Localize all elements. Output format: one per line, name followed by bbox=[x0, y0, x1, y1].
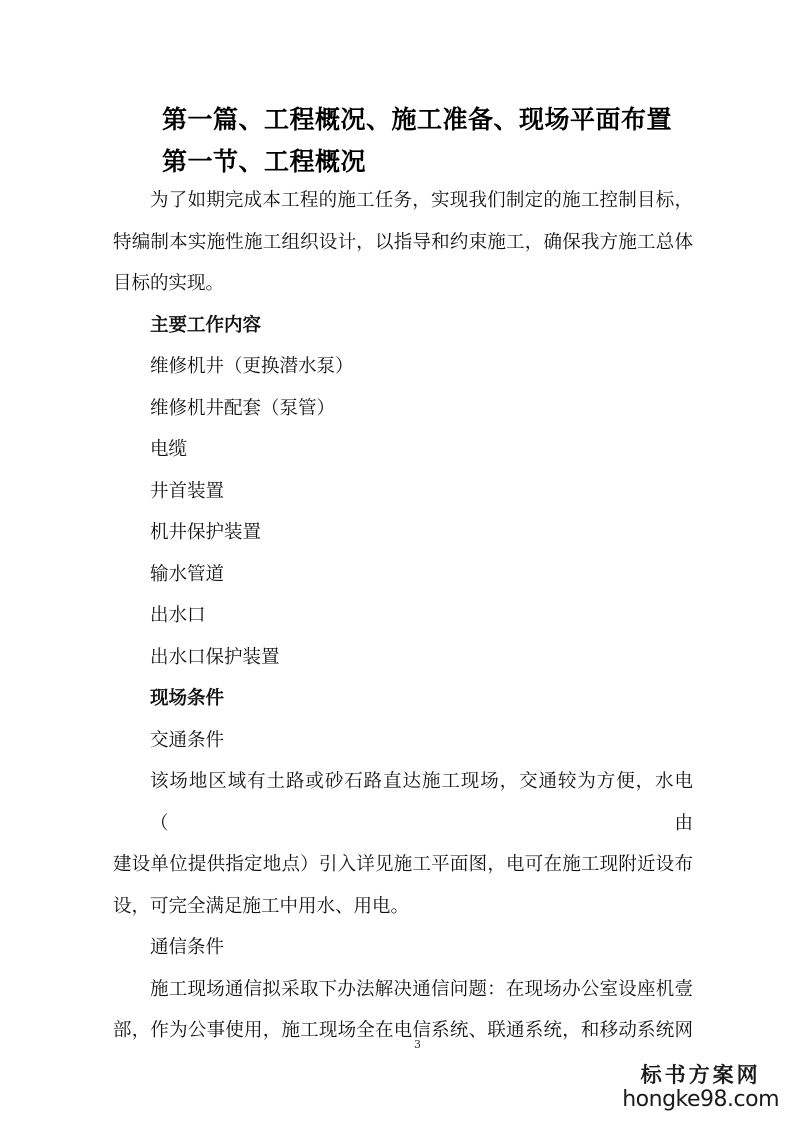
list-item: 井首装置 bbox=[113, 471, 693, 513]
watermark: 标书方案网 hongke98.com bbox=[622, 1063, 779, 1113]
page-number: 3 bbox=[414, 1038, 421, 1051]
traffic-heading: 交通条件 bbox=[113, 720, 693, 762]
site-conditions-heading: 现场条件 bbox=[113, 678, 693, 720]
intro-line-3: 目标的实现。 bbox=[113, 263, 693, 305]
list-item: 维修机井（更换潜水泵） bbox=[113, 346, 693, 388]
communication-line-1: 施工现场通信拟采取下办法解决通信问题：在现场办公室设座机壹 bbox=[113, 969, 693, 1011]
list-item: 出水口保护装置 bbox=[113, 637, 693, 679]
chapter-title: 第一篇、工程概况、施工准备、现场平面布置 bbox=[162, 100, 672, 136]
list-item: 维修机井配套（泵管） bbox=[113, 388, 693, 430]
intro-line-1: 为了如期完成本工程的施工任务，实现我们制定的施工控制目标， bbox=[113, 180, 693, 222]
traffic-line-3: 设，可完全满足施工中用水、用电。 bbox=[113, 886, 693, 928]
main-work-heading: 主要工作内容 bbox=[113, 305, 693, 347]
list-item: 出水口 bbox=[113, 595, 693, 637]
communication-heading: 通信条件 bbox=[113, 927, 693, 969]
list-item: 电缆 bbox=[113, 429, 693, 471]
section-heading: 第一节、工程概况 bbox=[162, 142, 366, 178]
intro-line-2: 特编制本实施性施工组织设计，以指导和约束施工，确保我方施工总体 bbox=[113, 222, 693, 264]
traffic-line-2: 建设单位提供指定地点）引入详见施工平面图，电可在施工现附近设布 bbox=[113, 844, 693, 886]
list-item: 输水管道 bbox=[113, 554, 693, 596]
communication-line-2: 部，作为公事使用，施工现场全在电信系统、联通系统，和移动系统网 bbox=[113, 1010, 693, 1052]
list-item: 机井保护装置 bbox=[113, 512, 693, 554]
document-page: 第一篇、工程概况、施工准备、现场平面布置 第一节、工程概况 为了如期完成本工程的… bbox=[0, 0, 793, 1122]
watermark-domain: hongke98.com bbox=[622, 1087, 779, 1113]
traffic-line-1: 该场地区域有土路或砂石路直达施工现场，交通较为方便，水电（由 bbox=[113, 761, 693, 844]
document-body: 为了如期完成本工程的施工任务，实现我们制定的施工控制目标， 特编制本实施性施工组… bbox=[113, 180, 693, 1052]
watermark-site-name: 标书方案网 bbox=[622, 1063, 779, 1087]
